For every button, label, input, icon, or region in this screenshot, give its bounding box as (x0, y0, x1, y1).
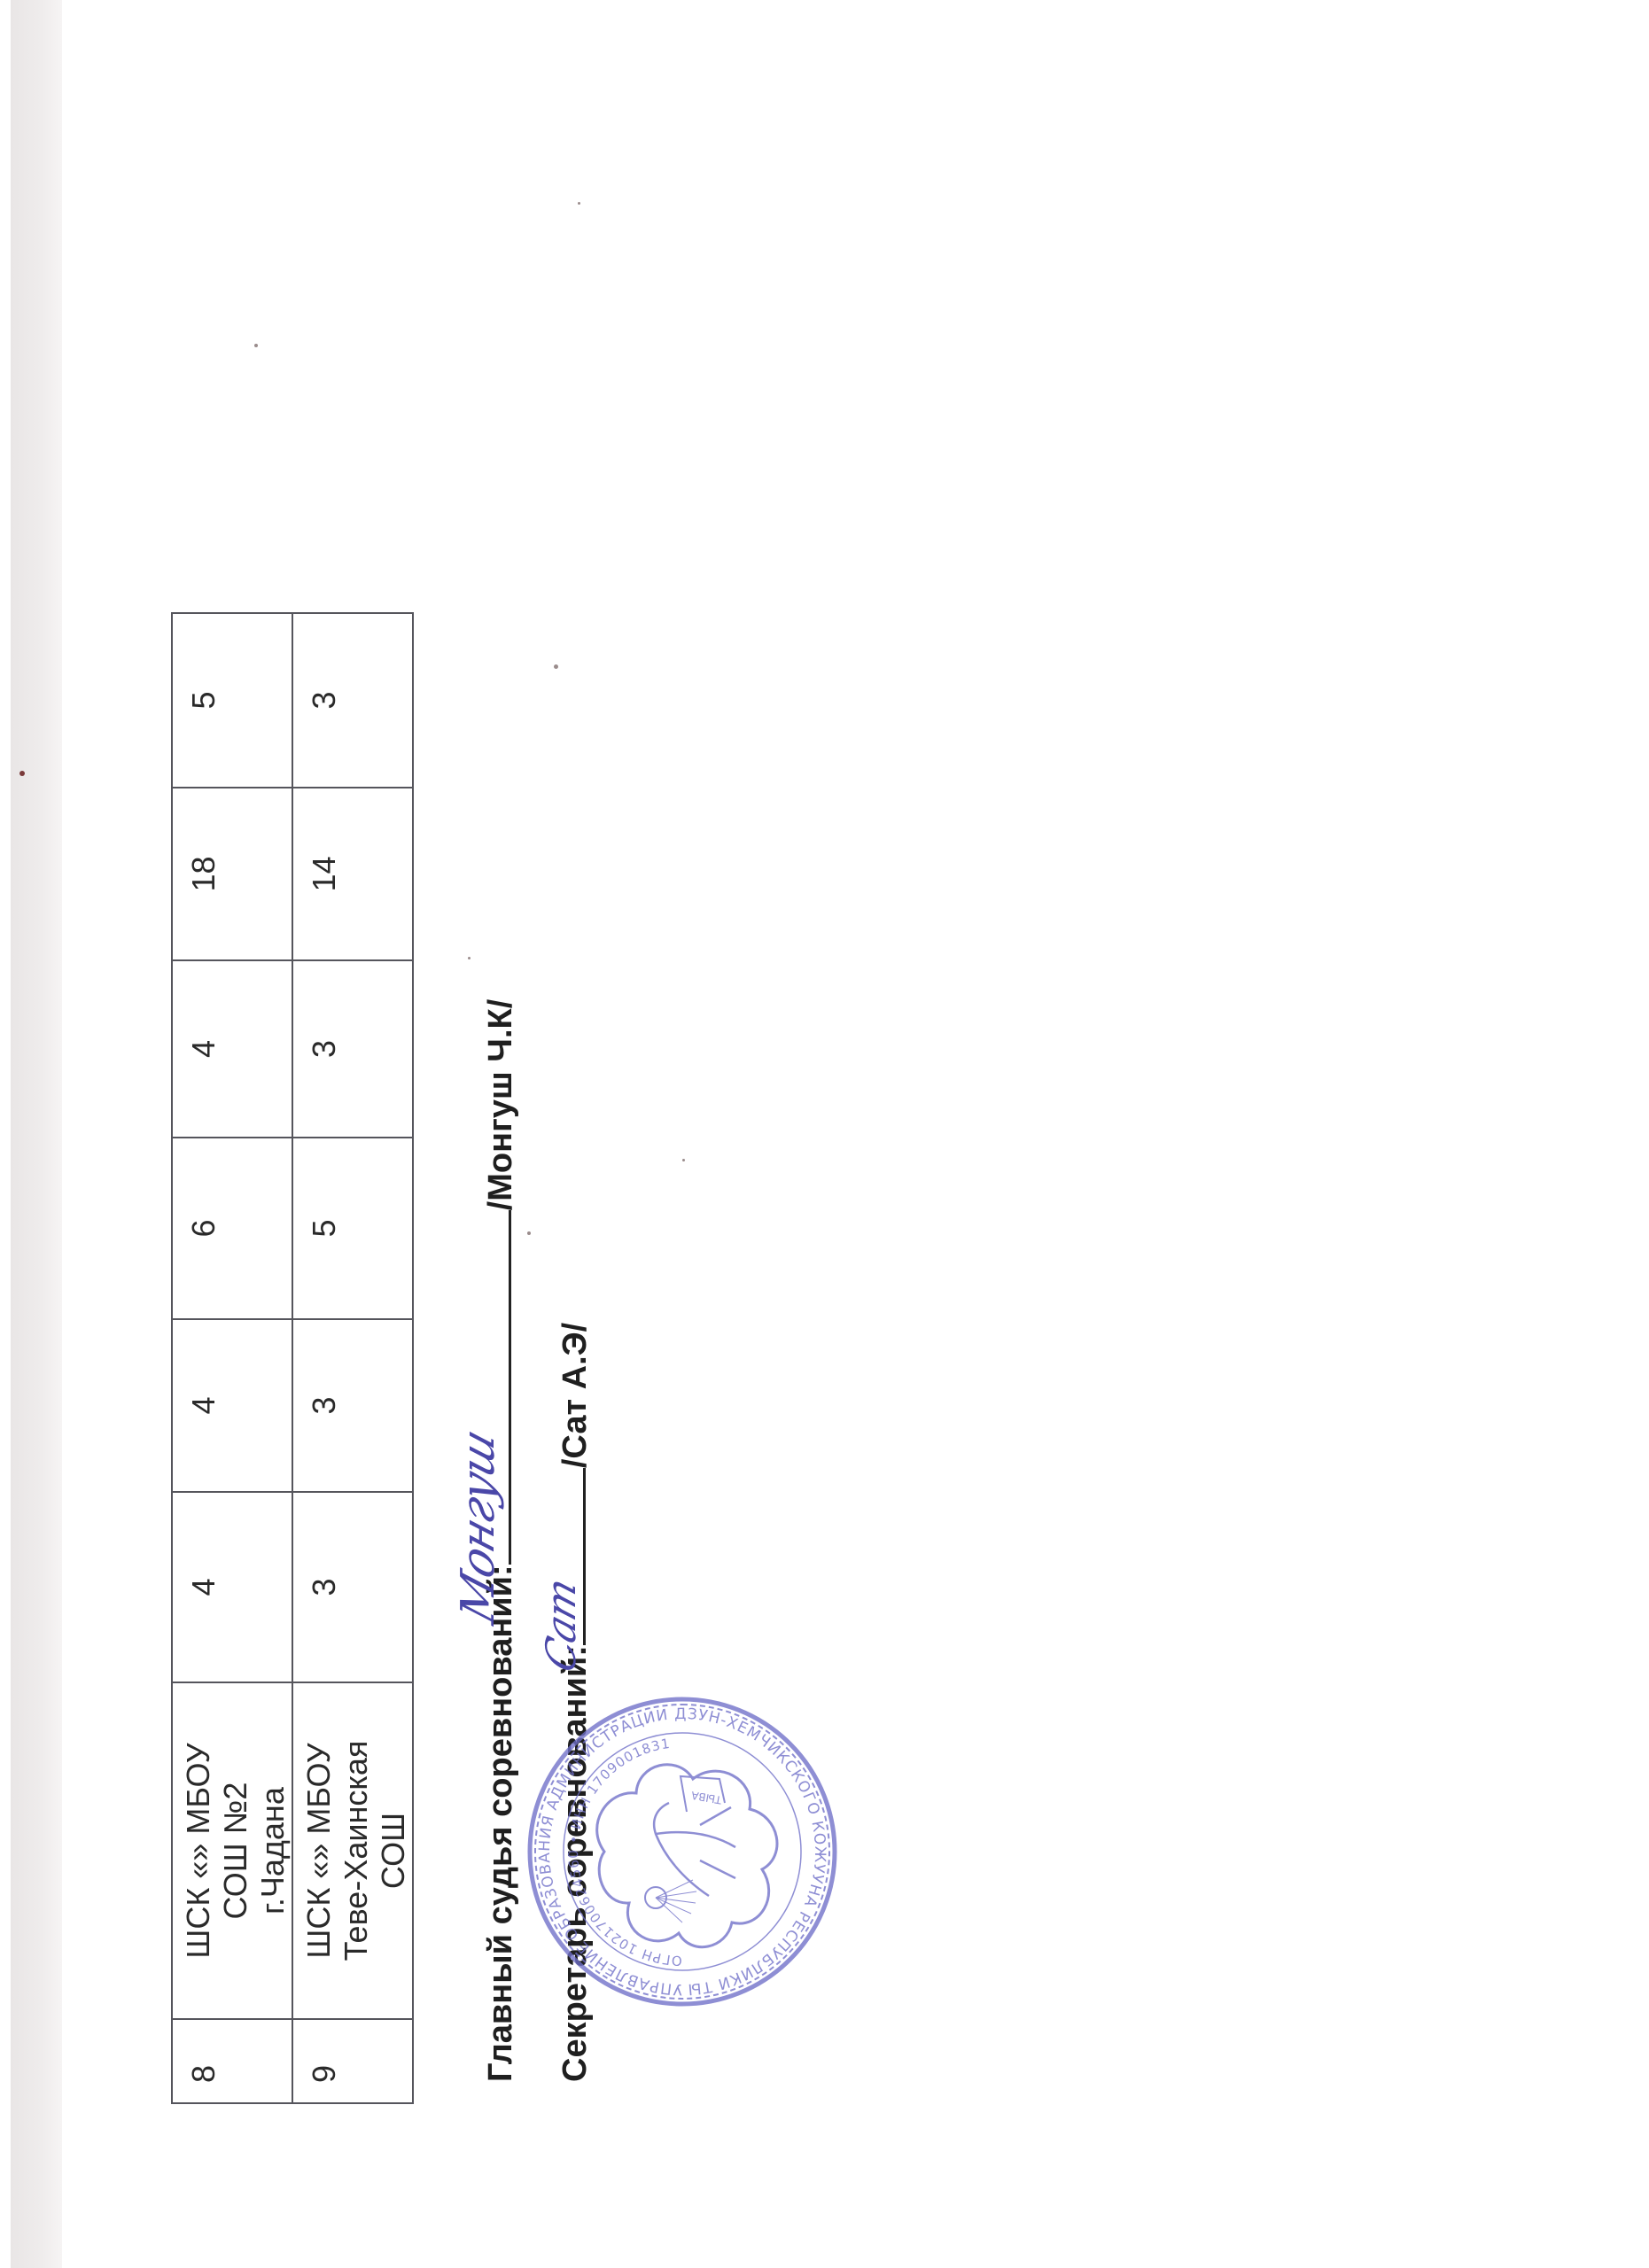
scan-speck (682, 1159, 685, 1161)
place-cell: 8 (172, 2019, 292, 2103)
score-cell: 4 (172, 1492, 292, 1682)
scan-speck (578, 202, 580, 205)
team-line: ШСК «» МБОУ (300, 1683, 338, 2018)
team-line: Теве-Хаинская (338, 1683, 375, 2018)
team-cell: ШСК «» МБОУ Теве-Хаинская СОШ (292, 1682, 413, 2019)
score-cell: 6 (172, 1138, 292, 1319)
team-line: г.Чадана (254, 1683, 292, 2018)
table-row: 9 ШСК «» МБОУ Теве-Хаинская СОШ 3 3 5 3 … (292, 613, 413, 2103)
score-cell: 3 (292, 1319, 413, 1492)
judge-label: Главный судья соревнований: (482, 1565, 520, 2082)
total-cell: 18 (172, 788, 292, 960)
judge-handwritten-signature: Монгуш (452, 1425, 505, 1630)
stamp-center-text: ТЫВА (689, 1789, 723, 1806)
table-row: 8 ШСК «» МБОУ СОШ №2 г.Чадана 4 4 6 4 18… (172, 613, 292, 2103)
team-line: ШСК «» МБОУ (180, 1683, 217, 2018)
judge-name: /Монгуш Ч.К/ (482, 999, 520, 1211)
results-table: 8 ШСК «» МБОУ СОШ №2 г.Чадана 4 4 6 4 18… (171, 612, 414, 2104)
rotated-page: 8 ШСК «» МБОУ СОШ №2 г.Чадана 4 4 6 4 18… (0, 0, 1649, 2268)
scan-speck (468, 957, 471, 959)
secretary-name: /Сат А.Э/ (556, 1323, 595, 1468)
team-line: СОШ (375, 1683, 412, 2018)
scan-speck (554, 664, 558, 669)
scan-speck (19, 771, 25, 776)
team-cell: ШСК «» МБОУ СОШ №2 г.Чадана (172, 1682, 292, 2019)
rank-cell: 3 (292, 613, 413, 788)
score-cell: 4 (172, 1319, 292, 1492)
secretary-handwritten-signature: Сат (537, 1573, 585, 1678)
official-stamp-icon: УПРАВЛЕНИЕ ОБРАЗОВАНИЯ АДМИНИСТРАЦИИ ДЗУ… (523, 1692, 842, 2011)
place-cell: 9 (292, 2019, 413, 2103)
rank-cell: 5 (172, 613, 292, 788)
score-cell: 3 (292, 1492, 413, 1682)
total-cell: 14 (292, 788, 413, 960)
score-cell: 4 (172, 960, 292, 1138)
score-cell: 5 (292, 1138, 413, 1319)
scan-speck (254, 344, 258, 347)
scan-speck (527, 1231, 531, 1235)
team-line: СОШ №2 (217, 1683, 254, 2018)
score-cell: 3 (292, 960, 413, 1138)
